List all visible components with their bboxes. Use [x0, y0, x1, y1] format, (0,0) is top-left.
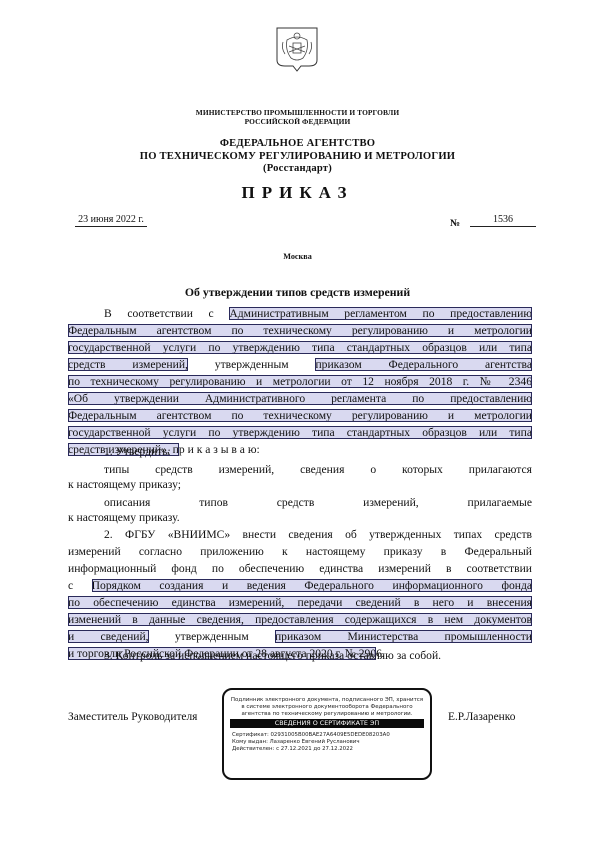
text-run: В соответствии с: [104, 307, 229, 320]
order-date: 23 июня 2022 г.: [75, 214, 147, 227]
number-sign: №: [450, 218, 460, 229]
document-link[interactable]: «Об утверждении Административного реглам…: [68, 392, 532, 405]
text-line: по обеспечению единства измерений, перед…: [68, 595, 532, 610]
text-run: 2. ФГБУ «ВНИИМС» внести сведения об утве…: [104, 528, 532, 541]
text-line: изменений в данные сведения, предоставле…: [68, 612, 532, 627]
text-line: Федеральным агентством по техническому р…: [68, 323, 532, 338]
document-link[interactable]: по техническому регулированию и метролог…: [68, 375, 532, 388]
electronic-signature-stamp: Подлинник электронного документа, подпис…: [222, 688, 432, 780]
text-run: измерений согласно приложению к настояще…: [68, 545, 532, 558]
item-1: 1. Утвердить:: [68, 444, 532, 459]
stamp-header: Подлинник электронного документа, подпис…: [230, 697, 424, 717]
order-title: Об утверждении типов средств измерений: [0, 285, 595, 300]
text-line: с Порядком создания и ведения Федерально…: [68, 578, 532, 593]
item-1a-line: к настоящему приказу;: [68, 477, 532, 492]
text-line: средств измерений, утвержденным приказом…: [68, 357, 532, 372]
document-link[interactable]: средств измерений,: [68, 358, 188, 371]
stamp-validity-row: Действителен: с 27.12.2021 до 27.12.2022: [232, 746, 422, 753]
text-run: утвержденным: [149, 630, 275, 643]
ministry-name: МИНИСТЕРСТВО ПРОМЫШЛЕННОСТИ И ТОРГОВЛИ Р…: [0, 108, 595, 126]
item-1b-line: к настоящему приказу.: [68, 510, 532, 525]
document-link[interactable]: государственной услуги по утверждению ти…: [68, 426, 532, 439]
text-line: государственной услуги по утверждению ти…: [68, 340, 532, 355]
item-1b-line: описания типов средств измерений, прилаг…: [68, 495, 532, 510]
text-line: и сведений, утвержденным приказом Минист…: [68, 629, 532, 644]
text-line: государственной услуги по утверждению ти…: [68, 425, 532, 440]
agency-name: ФЕДЕРАЛЬНОЕ АГЕНТСТВО ПО ТЕХНИЧЕСКОМУ РЕ…: [0, 138, 595, 176]
text-run: утвержденным: [188, 358, 316, 371]
text-line: Федеральным агентством по техническому р…: [68, 408, 532, 423]
text-line: измерений согласно приложению к настояще…: [68, 544, 532, 559]
city: Москва: [0, 252, 595, 261]
text-run: информационный фонд по обеспечению единс…: [68, 562, 532, 575]
document-type: ПРИКАЗ: [0, 183, 595, 203]
item-3: 3. Контроль за исполнением настоящего пр…: [68, 648, 532, 663]
document-link[interactable]: Порядком создания и ведения Федерального…: [92, 579, 532, 592]
item-1a-line: типы средств измерений, сведения о котор…: [68, 462, 532, 477]
document-link[interactable]: и сведений,: [68, 630, 149, 643]
coat-of-arms-icon: [275, 26, 319, 72]
text-run: с: [68, 579, 92, 592]
document-link[interactable]: государственной услуги по утверждению ти…: [68, 341, 532, 354]
signatory-name: Е.Р.Лазаренко: [448, 711, 515, 723]
document-link[interactable]: изменений в данные сведения, предоставле…: [68, 613, 532, 626]
text-line: по техническому регулированию и метролог…: [68, 374, 532, 389]
document-link[interactable]: Административным регламентом по предоста…: [229, 307, 532, 320]
signatory-position: Заместитель Руководителя: [68, 711, 197, 723]
document-link[interactable]: Федеральным агентством по техническому р…: [68, 324, 532, 337]
stamp-certificate-bar: СВЕДЕНИЯ О СЕРТИФИКАТЕ ЭП: [230, 719, 424, 728]
document-link[interactable]: Федеральным агентством по техническому р…: [68, 409, 532, 422]
order-number: 1536: [470, 214, 536, 227]
text-line: информационный фонд по обеспечению единс…: [68, 561, 532, 576]
document-link[interactable]: приказом Министерства промышленности: [275, 630, 532, 643]
text-line: «Об утверждении Административного реглам…: [68, 391, 532, 406]
text-line: В соответствии с Административным реглам…: [68, 306, 532, 321]
text-line: 2. ФГБУ «ВНИИМС» внести сведения об утве…: [68, 527, 532, 542]
document-link[interactable]: по обеспечению единства измерений, перед…: [68, 596, 532, 609]
document-link[interactable]: приказом Федерального агентства: [315, 358, 532, 371]
